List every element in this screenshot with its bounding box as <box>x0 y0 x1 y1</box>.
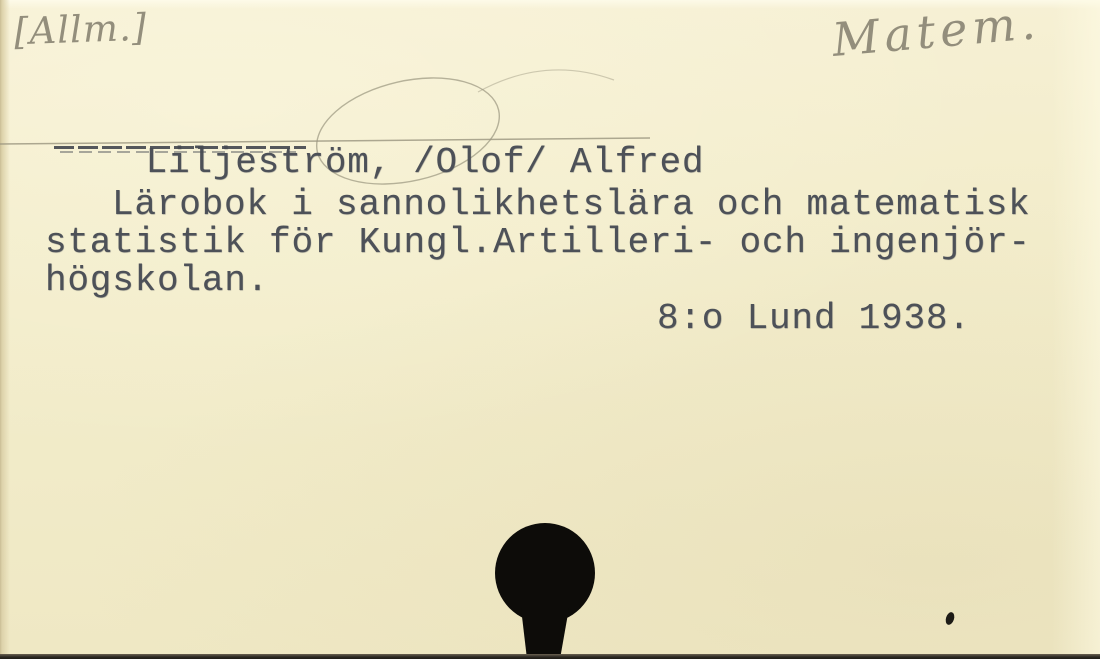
catalog-card: [Allm.] Matem. Liljeström,/Olof/ Alfred … <box>0 0 1100 659</box>
pencil-annotation-allm: [Allm.] <box>13 6 148 54</box>
imprint-line: 8:o Lund 1938. <box>657 301 971 337</box>
pencil-annotation-matem: Matem. <box>830 0 1042 67</box>
title-line-3: högskolan. <box>45 263 269 299</box>
card-bottom-shadow <box>0 654 1100 659</box>
punch-hole-stem <box>521 608 569 659</box>
author-given-names: /Olof/ Alfred <box>413 142 704 183</box>
title-line-2: statistik för Kungl.Artilleri- och ingen… <box>45 225 1031 261</box>
paper-edge-left <box>0 0 10 659</box>
keyhole-punch-hole <box>465 520 625 659</box>
surname-underline <box>54 146 306 149</box>
paper-edge-right <box>1052 0 1100 659</box>
ink-speck <box>944 611 956 626</box>
pencil-arc-tail <box>478 70 614 92</box>
title-line-1: Lärobok i sannolikhetslära och matematis… <box>112 187 1031 223</box>
surname-underline-second <box>60 151 296 153</box>
